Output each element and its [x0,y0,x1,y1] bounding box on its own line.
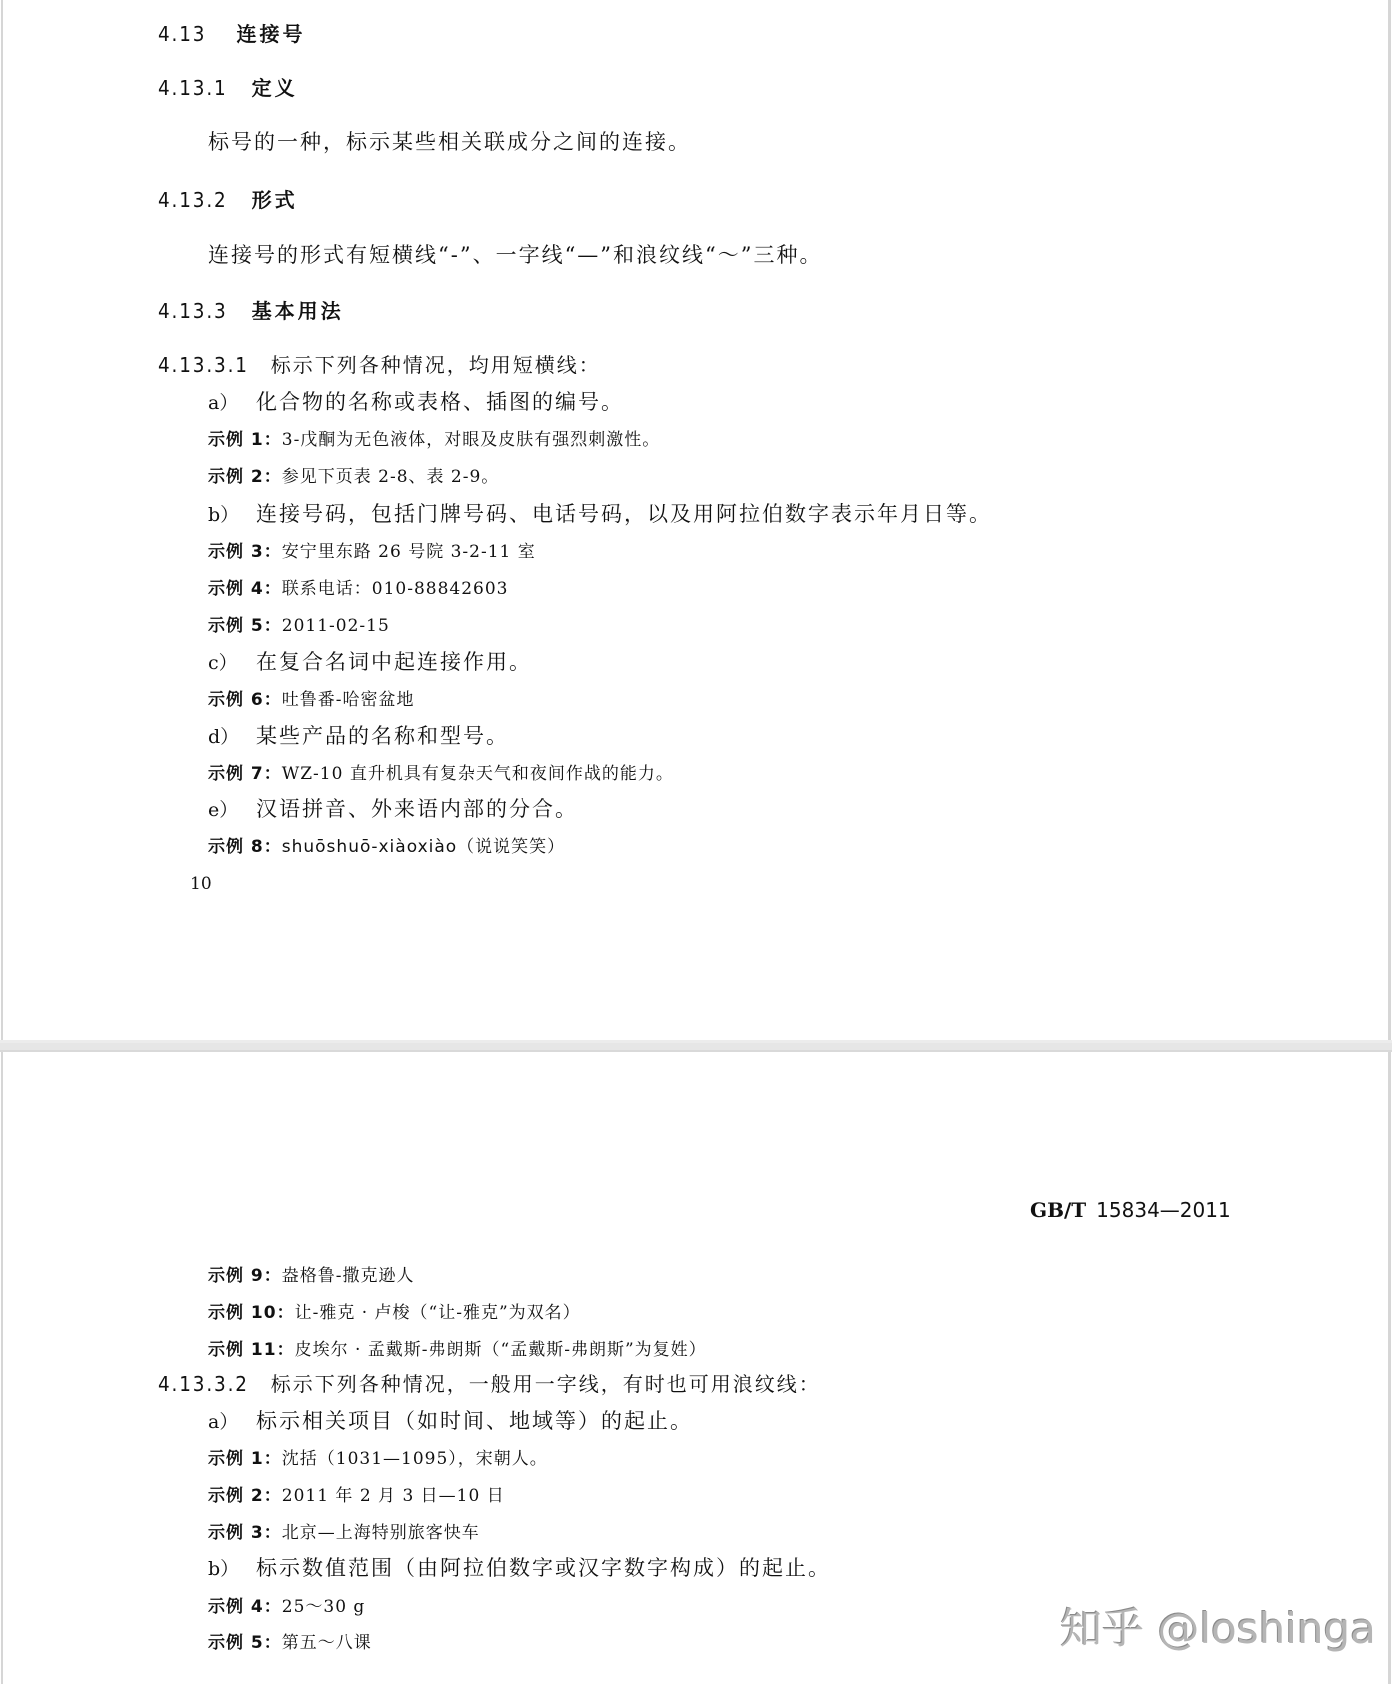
list-marker: a） [208,394,256,413]
list-text: 化合物的名称或表格、插图的编号。 [256,390,624,414]
section-heading-4-13-1: 4.13.1定义 [158,78,298,98]
example-8: 示例 8：shuōshuō-xiàoxiào（说说笑笑） [208,839,565,856]
list-marker: e） [208,801,256,820]
example-text: 皮埃尔 · 孟戴斯-弗朗斯（“孟戴斯-弗朗斯”为复姓） [295,1340,707,1360]
list-item-b: b）标示数值范围（由阿拉伯数字或汉字数字构成）的起止。 [208,1558,831,1579]
example-label: 示例 9： [208,1266,282,1286]
standard-number: 15834—2011 [1096,1198,1231,1222]
list-text: 标示数值范围（由阿拉伯数字或汉字数字构成）的起止。 [256,1556,831,1580]
standard-code: GB/T [1030,1198,1086,1222]
example-text: 联系电话：010-88842603 [282,579,509,599]
clause-4-13-3-2: 4.13.3.2标示下列各种情况，一般用一字线，有时也可用浪纹线： [158,1374,821,1394]
section-title: 连接号 [237,22,306,46]
clause-number: 4.13.3.1 [158,355,249,375]
list-item-a: a）化合物的名称或表格、插图的编号。 [208,392,624,413]
section-title: 基本用法 [252,299,344,323]
example-text: WZ-10 直升机具有复杂天气和夜间作战的能力。 [282,764,674,784]
example-7: 示例 7：WZ-10 直升机具有复杂天气和夜间作战的能力。 [208,766,674,783]
example-6: 示例 6：吐鲁番-哈密盆地 [208,692,415,709]
example-10: 示例 10：让-雅克 · 卢梭（“让-雅克”为双名） [208,1305,581,1322]
example-text: shuōshuō-xiàoxiào（说说笑笑） [282,837,565,857]
list-text: 标示相关项目（如时间、地域等）的起止。 [256,1409,693,1433]
watermark: 知乎 @loshinga [1060,1596,1376,1656]
example-label: 示例 4： [208,579,282,599]
example-1: 示例 1：3-戊酮为无色液体，对眼及皮肤有强烈刺激性。 [208,432,660,449]
example-4: 示例 4：25～30 g [208,1599,365,1616]
section-heading-4-13-3: 4.13.3基本用法 [158,301,344,321]
list-marker: a） [208,1413,256,1432]
example-text: 2011-02-15 [282,616,390,636]
list-text: 连接号码，包括门牌号码、电话号码，以及用阿拉伯数字表示年月日等。 [256,502,992,526]
example-text: 让-雅克 · 卢梭（“让-雅克”为双名） [295,1303,581,1323]
list-item-c: c）在复合名词中起连接作用。 [208,652,532,673]
list-item-b: b）连接号码，包括门牌号码、电话号码，以及用阿拉伯数字表示年月日等。 [208,504,992,525]
clause-4-13-3-1: 4.13.3.1标示下列各种情况，均用短横线： [158,355,601,375]
example-9: 示例 9：盎格鲁-撒克逊人 [208,1268,415,1285]
document-page-2 [1,1052,1391,1684]
example-label: 示例 5： [208,616,282,636]
section-title: 形式 [252,188,298,212]
example-label: 示例 10： [208,1303,295,1323]
clause-text: 标示下列各种情况，一般用一字线，有时也可用浪纹线： [271,1372,821,1396]
section-title: 定义 [252,76,298,100]
list-item-e: e）汉语拼音、外来语内部的分合。 [208,799,578,820]
example-label: 示例 2： [208,467,282,487]
example-text: 25～30 g [282,1597,366,1617]
example-text: 第五～八课 [282,1633,372,1653]
example-label: 示例 4： [208,1597,282,1617]
example-label: 示例 3： [208,1523,282,1543]
clause-number: 4.13.3.2 [158,1374,249,1394]
example-text: 安宁里东路 26 号院 3-2-11 室 [282,542,536,562]
example-2: 示例 2：2011 年 2 月 3 日—10 日 [208,1488,505,1505]
example-1: 示例 1：沈括（1031—1095），宋朝人。 [208,1451,548,1468]
example-text: 沈括（1031—1095），宋朝人。 [282,1449,548,1469]
example-4: 示例 4：联系电话：010-88842603 [208,581,508,598]
example-label: 示例 5： [208,1633,282,1653]
page-separator [0,1040,1392,1052]
standard-header: GB/T15834—2011 [1030,1200,1231,1221]
example-label: 示例 8： [208,837,282,857]
section-heading-4-13-2: 4.13.2形式 [158,190,298,210]
list-marker: b） [208,1560,256,1579]
example-label: 示例 7： [208,764,282,784]
example-label: 示例 11： [208,1340,295,1360]
section-number: 4.13.3 [158,301,228,321]
list-marker: d） [208,728,256,747]
example-3: 示例 3：安宁里东路 26 号院 3-2-11 室 [208,544,536,561]
example-label: 示例 1： [208,430,282,450]
section-number: 4.13.1 [158,78,228,98]
section-number: 4.13.2 [158,190,228,210]
example-label: 示例 6： [208,690,282,710]
definition-paragraph: 标号的一种，标示某些相关联成分之间的连接。 [208,132,691,153]
form-paragraph: 连接号的形式有短横线“-”、一字线“—”和浪纹线“～”三种。 [208,245,823,266]
list-text: 某些产品的名称和型号。 [256,724,509,748]
example-11: 示例 11：皮埃尔 · 孟戴斯-弗朗斯（“孟戴斯-弗朗斯”为复姓） [208,1342,707,1359]
example-text: 3-戊酮为无色液体，对眼及皮肤有强烈刺激性。 [282,430,661,450]
example-5: 示例 5：2011-02-15 [208,618,390,635]
example-text: 吐鲁番-哈密盆地 [282,690,415,710]
list-item-a: a）标示相关项目（如时间、地域等）的起止。 [208,1411,693,1432]
example-text: 北京—上海特别旅客快车 [282,1523,480,1543]
example-label: 示例 2： [208,1486,282,1506]
example-2: 示例 2：参见下页表 2-8、表 2-9。 [208,469,499,486]
example-text: 2011 年 2 月 3 日—10 日 [282,1486,505,1506]
example-5: 示例 5：第五～八课 [208,1635,372,1652]
list-marker: c） [208,654,256,673]
example-label: 示例 3： [208,542,282,562]
list-item-d: d）某些产品的名称和型号。 [208,726,509,747]
section-heading-4-13: 4.13连接号 [158,24,306,44]
list-marker: b） [208,506,256,525]
example-label: 示例 1： [208,1449,282,1469]
list-text: 汉语拼音、外来语内部的分合。 [256,797,578,821]
clause-text: 标示下列各种情况，均用短横线： [271,353,601,377]
example-text: 盎格鲁-撒克逊人 [282,1266,415,1286]
page-number: 10 [190,876,212,893]
example-3: 示例 3：北京—上海特别旅客快车 [208,1525,480,1542]
example-text: 参见下页表 2-8、表 2-9。 [282,467,500,487]
list-text: 在复合名词中起连接作用。 [256,650,532,674]
section-number: 4.13 [158,24,206,44]
